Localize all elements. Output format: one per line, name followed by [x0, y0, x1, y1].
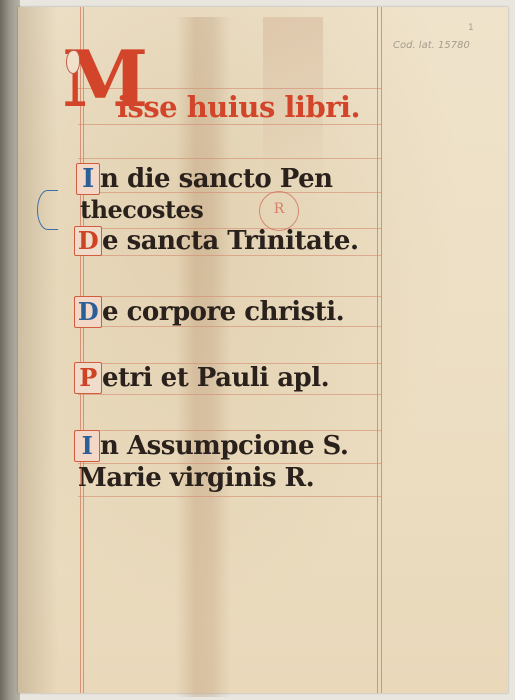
ruling-line	[78, 496, 382, 497]
grotesque-face-decoration	[66, 50, 80, 74]
decorated-initial: P	[74, 362, 102, 394]
entry-trinity: De sancta Trinitate.	[74, 226, 359, 256]
entry-pentecost: In die sancto Pen	[76, 163, 333, 195]
entry-corpus-christi: De corpore christi.	[74, 296, 344, 328]
heading-rubric: isse huius libri.	[117, 90, 360, 124]
entry-text: e sancta Trinitate.	[102, 226, 359, 256]
ruling-line	[78, 394, 382, 395]
decorated-initial: I	[74, 430, 100, 462]
blue-flourish	[37, 190, 58, 230]
entry-text: n Assumpcione S.	[100, 431, 348, 461]
entry-continuation: thecostes	[80, 195, 203, 224]
decorated-initial: I	[76, 163, 100, 195]
ruling-line	[78, 158, 382, 159]
library-stamp: R	[259, 191, 299, 231]
entry-peter-paul: Petri et Pauli apl.	[74, 362, 329, 394]
entry-text: n die sancto Pen	[100, 164, 333, 194]
binding-edge	[0, 0, 20, 700]
entry-text: etri et Pauli apl.	[102, 363, 329, 393]
decorated-initial: D	[74, 296, 102, 328]
decorated-initial: D	[74, 226, 102, 256]
right-ruling-line	[377, 7, 378, 693]
entry-continuation: Marie virginis R.	[78, 463, 314, 493]
folio-number: 1	[468, 23, 474, 33]
entry-text: e corpore christi.	[102, 297, 344, 327]
right-ruling-line-2	[381, 7, 382, 693]
shelfmark-annotation: Cod. lat. 15780	[393, 40, 470, 51]
entry-assumption: In Assumpcione S.	[74, 430, 348, 462]
